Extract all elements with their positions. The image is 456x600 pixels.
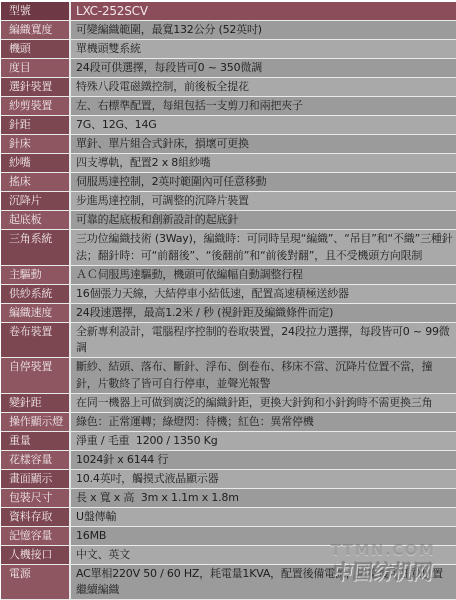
spec-row: 搖床 伺服馬達控制，2英吋範圍內可任意移動 [1, 173, 456, 192]
spec-label: 自停裝置 [1, 358, 69, 393]
spec-label: 紗嘴 [1, 154, 69, 172]
spec-value: 16個張力天線，大結停車小結低速，配置高速積極送紗器 [69, 285, 456, 303]
spec-value: 可靠的起底板和創新設計的起底針 [69, 211, 456, 229]
spec-value: 步進馬達控制，可調整的沉降片裝置 [69, 192, 456, 210]
spec-row: 沉降片 步進馬達控制，可調整的沉降片裝置 [1, 192, 456, 211]
spec-label: 操作顯示燈 [1, 413, 69, 431]
spec-row: 選針裝置 特殊八段電磁鐵控制，前後板全提花 [1, 78, 456, 97]
spec-row: 編織寬度 可變編織範圍，最寬132公分 (52英吋) [1, 21, 456, 40]
spec-label: 選針裝置 [1, 78, 69, 96]
spec-label: 紗剪裝置 [1, 97, 69, 115]
spec-row: 供紗系統 16個張力天線，大結停車小結低速，配置高速積極送紗器 [1, 285, 456, 304]
spec-row: 編織速度 24段速選擇，最高1.2米 / 秒 (視針距及編織條件而定) [1, 304, 456, 323]
spec-value: 24段速選擇，最高1.2米 / 秒 (視針距及編織條件而定) [69, 304, 456, 322]
spec-label: 搖床 [1, 173, 69, 191]
spec-value: AC單相220V 50 / 60 HZ，耗電量1KVA，配置後備電源，通電後可任… [69, 565, 456, 600]
spec-value: 四支導軌，配置2 x 8組紗嘴 [69, 154, 456, 172]
spec-row: 紗剪裝置 左、右標準配置，每組包括一支剪刀和兩把夾子 [1, 97, 456, 116]
spec-row: 機頭 單機頭雙系統 [1, 40, 456, 59]
spec-label: 人機接口 [1, 546, 69, 564]
spec-row: 人機接口 中文、英文 [1, 546, 456, 565]
spec-row: 型號 LXC-252SCV [1, 2, 456, 21]
spec-row: 針床 單針、單片組合式針床，損壞可更換 [1, 135, 456, 154]
spec-label: 三角系統 [1, 230, 69, 265]
spec-label: 重量 [1, 432, 69, 450]
spec-label: 編織速度 [1, 304, 69, 322]
spec-label: 卷布裝置 [1, 323, 69, 358]
spec-row: 畫面顯示 10.4英吋，觸摸式液晶顯示器 [1, 470, 456, 489]
spec-value: 綠色：正常運轉；綠燈閃：待機；紅色：異常停機 [69, 413, 456, 431]
spec-value: 全新專利設計，電腦程序控制的卷取裝置，24段拉力選擇，每段皆可0 ~ 99微調 [69, 323, 456, 358]
spec-sheet-page: 型號 LXC-252SCV 編織寬度 可變編織範圍，最寬132公分 (52英吋)… [0, 0, 456, 600]
spec-row: 三角系統 三功位編織技術 (3Way)，編織時：可同時呈現“編織”、“吊目”和“… [1, 230, 456, 266]
spec-value: 長 x 寬 x 高 3m x 1.1m x 1.8m [69, 489, 456, 507]
spec-label: 型號 [1, 2, 69, 20]
spec-value: 可變編織範圍，最寬132公分 (52英吋) [69, 21, 456, 39]
spec-row: 度目 24段可供選擇，每段皆可0 ~ 350微調 [1, 59, 456, 78]
spec-label: 資料存取 [1, 508, 69, 526]
spec-row: 資料存取 U盤傳輸 [1, 508, 456, 527]
spec-value: 特殊八段電磁鐵控制，前後板全提花 [69, 78, 456, 96]
spec-label: 主驅動 [1, 266, 69, 284]
spec-label: 供紗系統 [1, 285, 69, 303]
spec-value: 淨重 / 毛重 1200 / 1350 Kg [69, 432, 456, 450]
spec-row: 起底板 可靠的起底板和創新設計的起底針 [1, 211, 456, 230]
spec-row: 包裝尺寸 長 x 寬 x 高 3m x 1.1m x 1.8m [1, 489, 456, 508]
spec-value: 16MB [69, 527, 456, 545]
spec-label: 畫面顯示 [1, 470, 69, 488]
spec-value: 斷紗、結頭、落布、斷針、浮布、倒卷布、移床不當、沉降片位置不當，撞針，片數終了皆… [69, 358, 456, 393]
spec-value: LXC-252SCV [69, 2, 456, 20]
spec-value: 左、右標準配置，每組包括一支剪刀和兩把夾子 [69, 97, 456, 115]
spec-value: 10.4英吋，觸摸式液晶顯示器 [69, 470, 456, 488]
spec-label: 機頭 [1, 40, 69, 58]
spec-row: 操作顯示燈 綠色：正常運轉；綠燈閃：待機；紅色：異常停機 [1, 413, 456, 432]
spec-label: 度目 [1, 59, 69, 77]
spec-value: U盤傳輸 [69, 508, 456, 526]
spec-label: 電源 [1, 565, 69, 600]
spec-label: 編織寬度 [1, 21, 69, 39]
spec-value: 單機頭雙系統 [69, 40, 456, 58]
spec-label: 變針距 [1, 394, 69, 412]
spec-value: 24段可供選擇，每段皆可0 ~ 350微調 [69, 59, 456, 77]
spec-label: 包裝尺寸 [1, 489, 69, 507]
spec-row: 自停裝置 斷紗、結頭、落布、斷針、浮布、倒卷布、移床不當、沉降片位置不當，撞針，… [1, 358, 456, 394]
spec-label: 沉降片 [1, 192, 69, 210]
spec-label: 針距 [1, 116, 69, 134]
spec-label: 針床 [1, 135, 69, 153]
spec-table: 型號 LXC-252SCV 編織寬度 可變編織範圍，最寬132公分 (52英吋)… [1, 2, 456, 600]
spec-value: 1024針 x 6144 行 [69, 451, 456, 469]
spec-row: 針距 7G、12G、14G [1, 116, 456, 135]
spec-value: 中文、英文 [69, 546, 456, 564]
spec-label: 起底板 [1, 211, 69, 229]
spec-row: 記憶容量 16MB [1, 527, 456, 546]
spec-value: 7G、12G、14G [69, 116, 456, 134]
spec-value: 三功位編織技術 (3Way)，編織時：可同時呈現“編織”、“吊目”和“不織”三種… [69, 230, 456, 265]
spec-row: 卷布裝置 全新專利設計，電腦程序控制的卷取裝置，24段拉力選擇，每段皆可0 ~ … [1, 323, 456, 359]
spec-value: 單針、單片組合式針床，損壞可更換 [69, 135, 456, 153]
spec-row: 紗嘴 四支導軌，配置2 x 8組紗嘴 [1, 154, 456, 173]
spec-row: 變針距 在同一機器上可做到廣泛的編織針距，更換大針鉤和小針鉤時不需更換三角 [1, 394, 456, 413]
spec-value: 伺服馬達控制，2英吋範圍內可任意移動 [69, 173, 456, 191]
spec-label: 花樣容量 [1, 451, 69, 469]
spec-value: ＡＣ伺服馬達驅動，機頭可依編幅自動調整行程 [69, 266, 456, 284]
spec-row: 花樣容量 1024針 x 6144 行 [1, 451, 456, 470]
spec-row: 重量 淨重 / 毛重 1200 / 1350 Kg [1, 432, 456, 451]
spec-value: 在同一機器上可做到廣泛的編織針距，更換大針鉤和小針鉤時不需更換三角 [69, 394, 456, 412]
spec-label: 記憶容量 [1, 527, 69, 545]
spec-row: 主驅動 ＡＣ伺服馬達驅動，機頭可依編幅自動調整行程 [1, 266, 456, 285]
spec-row: 電源 AC單相220V 50 / 60 HZ，耗電量1KVA，配置後備電源，通電… [1, 565, 456, 600]
